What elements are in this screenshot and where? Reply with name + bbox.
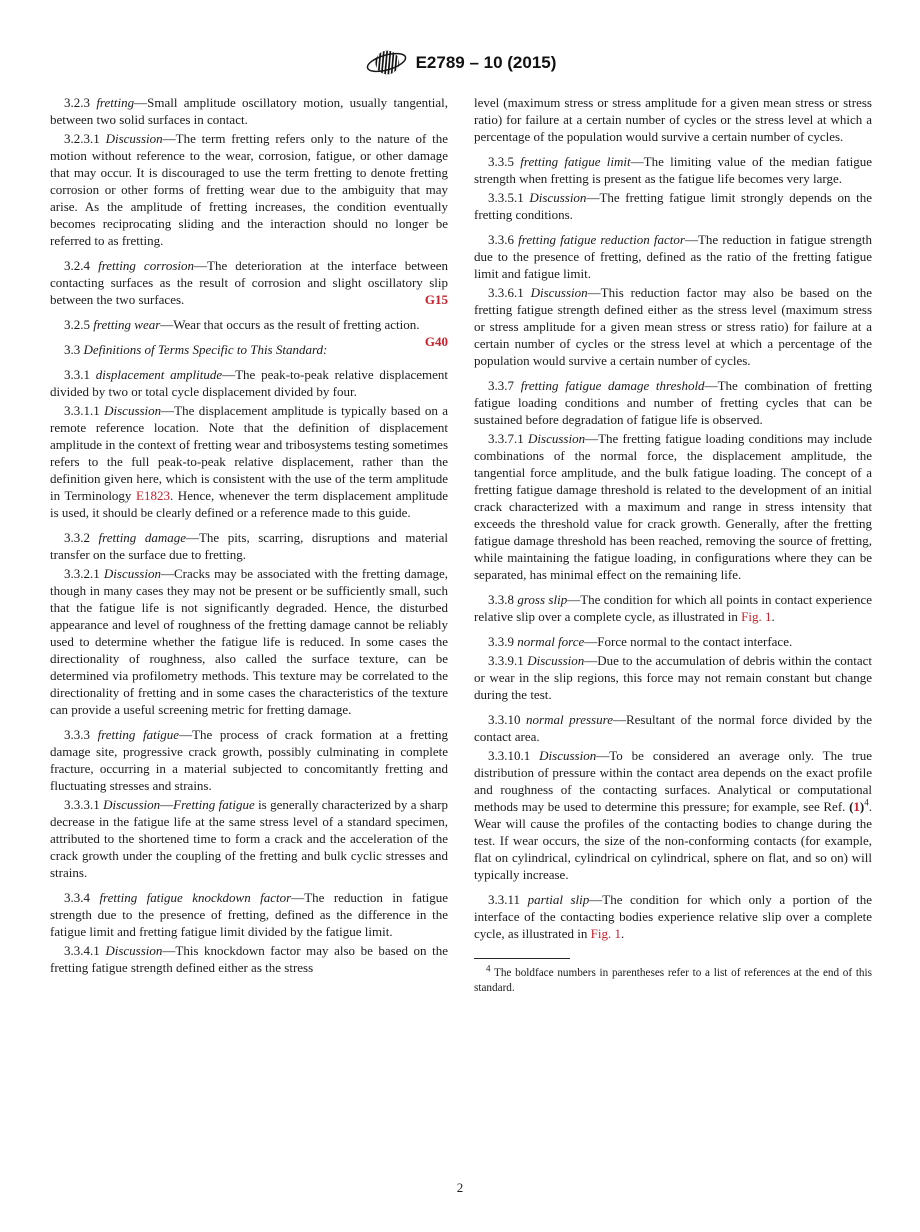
text-run: fretting wear xyxy=(93,317,160,332)
text-run: 3.2.3 xyxy=(64,95,96,110)
text-run: normal force xyxy=(517,634,584,649)
text-run: —Force normal to the contact interface. xyxy=(584,634,792,649)
text-run: —The fretting fatigue loading conditions… xyxy=(474,431,872,582)
footnote-text: 4 The boldface numbers in parentheses re… xyxy=(474,966,872,995)
astm-logo-icon xyxy=(366,46,407,79)
text-run: 3.3.1.1 xyxy=(64,403,104,418)
text-run: 3.3 xyxy=(64,342,84,357)
clause-3.2.5: 3.2.5 fretting wear—Wear that occurs as … xyxy=(50,316,448,333)
clause-3.3.4.1: 3.3.4.1 Discussion—This knockdown factor… xyxy=(50,942,448,976)
clause-3.3.7: 3.3.7 fretting fatigue damage threshold—… xyxy=(474,377,872,428)
text-run: Discussion xyxy=(531,285,588,300)
clause-3.2.3: 3.2.3 fretting—Small amplitude oscillato… xyxy=(50,94,448,128)
text-run: —Wear that occurs as the result of frett… xyxy=(160,317,419,332)
text-run: 3.3.2.1 xyxy=(64,566,104,581)
text-run: 3.3.9 xyxy=(488,634,517,649)
text-run: 3.3.6.1 xyxy=(488,285,531,300)
text-run: normal pressure xyxy=(526,712,613,727)
text-run: —Cracks may be associated with the frett… xyxy=(50,566,448,717)
clause-3.3.6: 3.3.6 fretting fatigue reduction factor—… xyxy=(474,231,872,282)
text-run: fretting fatigue limit xyxy=(520,154,630,169)
text-run: 3.2.3.1 xyxy=(64,131,106,146)
clause-3.3.10: 3.3.10 normal pressure—Resultant of the … xyxy=(474,711,872,745)
text-run: fretting fatigue damage threshold xyxy=(521,378,705,393)
clause-3.3.2.1: 3.3.2.1 Discussion—Cracks may be associa… xyxy=(50,565,448,718)
clause-3.3.11: 3.3.11 partial slip—The condition for wh… xyxy=(474,891,872,942)
clause-3.3.10.1: 3.3.10.1 Discussion—To be considered an … xyxy=(474,747,872,883)
text-run: Discussion xyxy=(103,797,160,812)
clause-3.3.1: 3.3.1 displacement amplitude—The peak-to… xyxy=(50,366,448,400)
reference-link[interactable]: Fig. 1 xyxy=(591,926,621,941)
source-standard-tag: G40 xyxy=(411,333,448,350)
text-run: fretting corrosion xyxy=(98,258,194,273)
text-run: fretting fatigue knockdown factor xyxy=(99,890,291,905)
text-run: 3.3.5.1 xyxy=(488,190,529,205)
clause-3.3.5: 3.3.5 fretting fatigue limit—The limitin… xyxy=(474,153,872,187)
text-run: 3.2.5 xyxy=(64,317,93,332)
right-column-text: level (maximum stress or stress amplitud… xyxy=(474,94,872,942)
document-page: E2789 – 10 (2015) 3.2.3 fretting—Small a… xyxy=(0,0,920,995)
two-column-body: 3.2.3 fretting—Small amplitude oscillato… xyxy=(50,94,872,995)
text-run: 3.3.10 xyxy=(488,712,526,727)
text-run: 3.3.8 xyxy=(488,592,517,607)
text-run: The boldface numbers in parentheses refe… xyxy=(474,967,872,994)
clause-3.3.2: 3.3.2 fretting damage—The pits, scarring… xyxy=(50,529,448,563)
clause-3.3.8: 3.3.8 gross slip—The condition for which… xyxy=(474,591,872,625)
text-run: Discussion xyxy=(105,943,162,958)
clause-3.3.9.1: 3.3.9.1 Discussion—Due to the accumulati… xyxy=(474,652,872,703)
footnote-divider xyxy=(474,958,570,959)
text-run: 3.3.10.1 xyxy=(488,748,539,763)
text-run: Discussion xyxy=(527,653,584,668)
text-run: 3.3.5 xyxy=(488,154,520,169)
right-column: level (maximum stress or stress amplitud… xyxy=(474,94,872,995)
text-run: Fretting fatigue xyxy=(173,797,255,812)
text-run: — xyxy=(160,797,173,812)
clause-3.2.3.1: 3.2.3.1 Discussion—The term fretting ref… xyxy=(50,130,448,249)
page-header: E2789 – 10 (2015) xyxy=(50,46,872,79)
text-run: 3.3.7.1 xyxy=(488,431,528,446)
text-run: gross slip xyxy=(517,592,567,607)
text-run: 3.3.4.1 xyxy=(64,943,105,958)
text-run: Discussion xyxy=(539,748,596,763)
page-number: 2 xyxy=(0,1180,920,1196)
clause-3.3: 3.3 Definitions of Terms Specific to Thi… xyxy=(50,341,448,358)
clause-3.3.9: 3.3.9 normal force—Force normal to the c… xyxy=(474,633,872,650)
text-run: fretting fatigue xyxy=(98,727,179,742)
text-run: fretting damage xyxy=(99,530,186,545)
text-run: 3.3.6 xyxy=(488,232,518,247)
reference-link[interactable]: Fig. 1 xyxy=(741,609,771,624)
clause-3.3.6.1: 3.3.6.1 Discussion—This reduction factor… xyxy=(474,284,872,369)
text-run: 3.3.1 xyxy=(64,367,96,382)
text-run: Discussion xyxy=(528,431,585,446)
text-run: 3.2.4 xyxy=(64,258,98,273)
clause-3.3.3: 3.3.3 fretting fatigue—The process of cr… xyxy=(50,726,448,794)
standard-designation: E2789 – 10 (2015) xyxy=(416,53,557,73)
text-run: fretting fatigue reduction factor xyxy=(518,232,685,247)
text-run: 3.3.3.1 xyxy=(64,797,103,812)
text-run: partial slip xyxy=(528,892,590,907)
text-run: level (maximum stress or stress amplitud… xyxy=(474,95,872,144)
text-run: Discussion xyxy=(104,566,161,581)
text-run: Discussion xyxy=(529,190,586,205)
clause-3.3.1.1: 3.3.1.1 Discussion—The displacement ampl… xyxy=(50,402,448,521)
text-run: 3.3.4 xyxy=(64,890,99,905)
text-run: 3.3.11 xyxy=(488,892,528,907)
text-run: displacement amplitude xyxy=(96,367,222,382)
text-run: 3.3.7 xyxy=(488,378,521,393)
clause-3.3.5.1: 3.3.5.1 Discussion—The fretting fatigue … xyxy=(474,189,872,223)
left-column: 3.2.3 fretting—Small amplitude oscillato… xyxy=(50,94,448,995)
clause-3.3.4.1-continued: level (maximum stress or stress amplitud… xyxy=(474,94,872,145)
clause-3.2.4: 3.2.4 fretting corrosion—The deteriorati… xyxy=(50,257,448,308)
clause-3.3.7.1: 3.3.7.1 Discussion—The fretting fatigue … xyxy=(474,430,872,583)
text-run: —The term fretting refers only to the na… xyxy=(50,131,448,248)
text-run: Definitions of Terms Specific to This St… xyxy=(84,342,328,357)
text-run: Discussion xyxy=(104,403,161,418)
text-run: Discussion xyxy=(106,131,163,146)
clause-3.3.3.1: 3.3.3.1 Discussion—Fretting fatigue is g… xyxy=(50,796,448,881)
text-run: 3.3.3 xyxy=(64,727,98,742)
text-run: fretting xyxy=(96,95,134,110)
source-standard-tag: G15 xyxy=(411,291,448,308)
reference-link[interactable]: E1823 xyxy=(136,488,170,503)
text-run: . xyxy=(771,609,774,624)
text-run: 3.3.9.1 xyxy=(488,653,527,668)
clause-3.3.4: 3.3.4 fretting fatigue knockdown factor—… xyxy=(50,889,448,940)
text-run: 3.3.2 xyxy=(64,530,99,545)
text-run: . xyxy=(621,926,624,941)
